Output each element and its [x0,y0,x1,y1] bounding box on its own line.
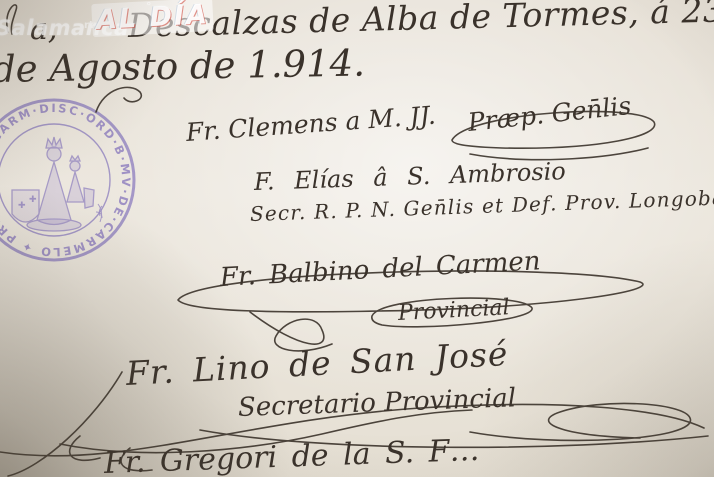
signature-4-name: Fr. Lino de San José [125,334,509,393]
madonna-crown [46,137,62,148]
shield-cross-left: ✚ [18,201,26,211]
signature-4-title: Secretario Provincial [237,383,516,423]
child-robe [67,172,84,202]
scapular [84,188,94,208]
dateline-date: de Agosto de 1.914. [0,41,365,91]
flourish-sig4-left-loop [70,436,100,460]
watermark-degree-mark: ° [146,0,152,13]
sprig-ornament [96,204,102,222]
signature-1-name: Fr. Clemens a M. JJ. [185,101,437,147]
child-crown [70,156,80,161]
seal-madonna-emblem [12,137,102,231]
signature-5-name-partial: Fr. Gregori de la S. F… [103,433,480,477]
signature-3-name: Fr. Balbino del Carmen [219,246,541,293]
document-photo: Salamanca rtv AL DÍA ° MIS·CARM·DISC·ORD… [0,0,714,477]
carmelite-seal-stamp: MIS·CARM·DISC·ORD·B·MV·DE·CARMELO ✦ PREP… [0,92,142,268]
madonna-robe [37,162,71,225]
signature-2-name: F. Elías â S. Ambrosio [254,157,567,196]
dateline-place: Descalzas de Alba de Tormes, á 23 [127,0,714,45]
child-head [70,161,80,171]
shield-cross-right: ✚ [29,195,37,205]
signature-1-title: Præp. Gen̄lis [466,91,632,137]
watermark-aldia-logo: AL DÍA [91,0,213,36]
madonna-head [47,147,61,161]
signature-3-title: Provincial [397,295,510,326]
watermark-aldia-text: AL DÍA [91,0,213,37]
